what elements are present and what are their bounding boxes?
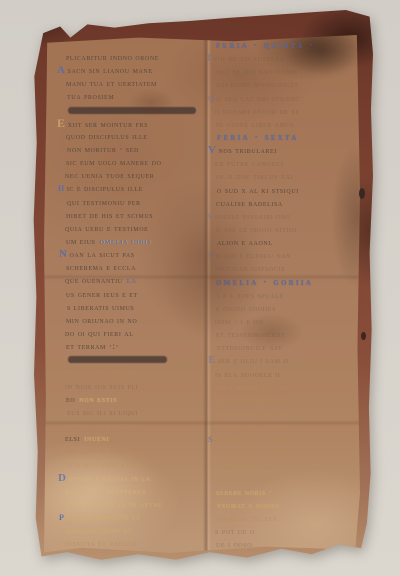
line-text: o stiempi excor de se <box>215 106 300 116</box>
line-text: o qui e eltouu nan <box>216 250 291 260</box>
text-line: is ela suooele ii <box>215 368 357 381</box>
text-line: suo se qui sanoluesi <box>216 65 358 78</box>
line-text: non moritur · sed <box>67 144 139 154</box>
line-text: nos tribularei <box>219 145 277 155</box>
oxidized-rubric-band <box>68 107 196 114</box>
line-text: omelia · goriia <box>216 277 313 288</box>
marginal-initial: I <box>207 52 212 65</box>
rubric-heading: feria · quinta · <box>216 39 358 52</box>
line-text: alion e aaonl <box>217 237 273 247</box>
line-text: eus sic ili si liqui <box>67 407 138 417</box>
marginal-initial: V <box>208 144 217 157</box>
marginal-initial: q <box>208 92 215 105</box>
manuscript-leaf: plicabitur indno oroneAsacn sin lianou m… <box>33 10 373 562</box>
line-text: oan la sicut pas <box>70 249 135 259</box>
text-line: qo seq lae hri uolunt <box>216 92 358 105</box>
text-line: oeso et lio aoiulea <box>215 420 357 433</box>
text-line: ettesuinuile ase <box>217 341 359 354</box>
text-line: sic eum uolo manere do <box>66 156 212 169</box>
edge-damage-nick <box>359 188 365 199</box>
line-text: s liberatis uimus <box>67 302 134 312</box>
text-column-right: feria · quinta ·Ipoi re ad aiisti iasuo … <box>216 39 358 551</box>
line-text: ex putre canouci <box>215 158 283 168</box>
edge-damage-nick <box>69 26 77 32</box>
line-text: elsi <box>65 433 80 443</box>
text-line: no qui e eltouu nan <box>216 249 358 262</box>
line-text: biis tuis · propterea <box>65 486 146 496</box>
text-line: o sud x al ki stsiqui <box>217 184 359 197</box>
line-text: suo se qui sanoluesi <box>216 66 298 76</box>
line-text: scherema e eccla <box>66 262 136 272</box>
inline-rubric: non estis <box>79 394 117 404</box>
line-text: ho b bienis no ole <box>216 382 288 392</box>
line-text: sois misca asiio <box>215 474 277 484</box>
line-text: ropter ueritate et <box>67 512 141 522</box>
text-line: o ani le isooo nitiio <box>216 223 358 236</box>
inline-rubric: omelia iohis <box>99 236 151 246</box>
line-text: o ani le isooo nitiio <box>216 224 297 234</box>
line-text: min oriunao in no <box>66 315 137 325</box>
line-text: oiposuis til ser <box>216 513 277 523</box>
line-text: iustitia et deduce <box>65 538 137 548</box>
line-text: oeso et lio aoiulea <box>215 421 293 431</box>
text-line: oosi · i e ioi <box>215 315 357 328</box>
text-line: ue i ooso <box>216 538 358 551</box>
text-line: mansuetudine et <box>66 524 212 537</box>
text-line: oiposuis til ser <box>216 512 358 525</box>
text-line: et terram ·:· <box>66 340 212 353</box>
text-line: que ouenantiula <box>65 274 211 287</box>
line-text: soiano ooo ole sie <box>215 434 289 444</box>
line-text: serua per electam <box>66 420 139 430</box>
marginal-initial: A <box>57 64 66 77</box>
line-text: iacer inei se unor <box>217 447 289 457</box>
text-line: ssoiano ooo ole sie <box>216 433 358 446</box>
text-line: Ipoi re ad aiisti ia <box>215 52 357 65</box>
text-line: s pot ue ii <box>215 525 357 538</box>
line-text: s pot ue ii <box>215 526 255 536</box>
line-text: plicabitur indno orone <box>66 52 159 62</box>
text-line: eus sic ili si liqui <box>67 406 213 419</box>
line-text: ettesuinuile ase <box>217 342 283 352</box>
line-text: ysumat a nosiia <box>217 500 280 510</box>
line-text: do oi qui fieri al <box>65 328 133 338</box>
text-line: tua prosiem <box>67 90 213 103</box>
marginal-initial: D <box>58 472 67 485</box>
photo-backdrop: plicabitur indno oroneAsacn sin lianou m… <box>0 0 400 576</box>
parchment-surface: plicabitur indno oroneAsacn sin lianou m… <box>44 35 360 555</box>
text-line: ex putre canouci <box>215 157 357 170</box>
text-line: elsiinueni <box>65 432 211 445</box>
text-line: cualise badelisa <box>216 197 358 210</box>
text-line: non moritur · sed <box>67 143 213 156</box>
marginal-initial: n <box>208 249 214 262</box>
line-text: se uione liber amos <box>216 119 294 129</box>
line-text: in noie ius suis pli <box>65 381 138 391</box>
line-text: um eius <box>66 236 95 246</box>
rubric-heading: omelia · goriia <box>216 276 358 289</box>
line-text: sem donec isce ui <box>216 461 285 471</box>
line-text: lex ii le teseriou i <box>217 395 292 405</box>
line-text: o sud x al ki stsiqui <box>217 185 299 195</box>
text-line: benedixit te ds in aetnu <box>66 498 212 511</box>
line-text: sacn sin lianou mane <box>68 65 153 75</box>
line-text: sic eum uolo manere do <box>66 157 162 167</box>
text-line: hic e discipulus ille <box>66 182 212 195</box>
text-line: in noie ius suis pli <box>65 380 211 393</box>
line-text: poi re ad aiisti ia <box>214 53 284 63</box>
line-text: et terram ·:· <box>66 341 119 351</box>
line-text: nec uenia tuoe sequer <box>65 170 154 180</box>
line-text: feria · quinta · <box>216 40 315 51</box>
text-line: sco meo unxi eum <box>67 458 213 471</box>
text-line: qui testimoniu per <box>67 196 213 209</box>
line-text: eo <box>66 394 75 404</box>
text-line: eonon estis <box>66 393 212 406</box>
marginal-initial: E <box>57 117 66 130</box>
text-line: serua per electam <box>66 419 212 432</box>
line-text: sco meo unxi eum <box>67 459 137 469</box>
line-text: esi eiure mansuescit <box>217 79 299 89</box>
line-text: e oioiio siioiies <box>216 303 276 313</box>
manuscript-leaf-shadow: plicabitur indno oroneAsacn sin lianou m… <box>0 0 400 576</box>
text-line: oe ii dne tircus xxi <box>216 170 358 183</box>
inline-rubric: inueni <box>84 433 109 443</box>
line-text: hibet de his et scimus <box>66 210 153 220</box>
text-line: manu tua et uertiatem <box>66 77 212 90</box>
line-text: ue i ooso <box>216 539 252 549</box>
line-text: ic e discipulus ille <box>67 183 143 193</box>
text-line: inbasia tioolioioe <box>216 407 358 420</box>
text-line: iustitia et deduce <box>65 537 211 550</box>
text-line: hibet de his et scimus <box>66 209 212 222</box>
text-line: biis tuis · propterea <box>65 485 211 498</box>
line-text: iffusa e gratia in la <box>69 473 151 483</box>
line-text: quod discipulus ille <box>66 131 148 141</box>
text-line: um eiusomelia iohis <box>66 235 212 248</box>
text-line: Noan la sicut pas <box>67 248 213 261</box>
line-text: oe ii dne tircus xxi <box>216 171 293 181</box>
text-line: iacer inei se unor <box>217 446 359 459</box>
text-line: do oi qui fieri al <box>65 327 211 340</box>
text-line: sois misca asiio <box>215 473 357 486</box>
text-line: e oioiio siioiies <box>216 302 358 315</box>
text-line: Eser e oliu i sam il <box>216 354 358 367</box>
text-line: frater nos magnus <box>66 366 212 379</box>
line-text: i x l eoes spuale <box>217 290 284 300</box>
line-text: feria · sexta <box>217 132 299 143</box>
text-line: se uione liber amos <box>216 118 358 131</box>
text-line: sem donec isce ui <box>216 460 358 473</box>
line-text: manu tua et uertiatem <box>66 78 157 88</box>
text-line: nec uenia tuoe sequer <box>65 169 211 182</box>
text-line: Vnos tribularei <box>216 144 358 157</box>
marginal-initial: s <box>207 210 212 223</box>
text-line: i x l eoes spuale <box>217 289 359 302</box>
text-line: quod discipulus ille <box>66 130 212 143</box>
line-text: mansuetudine et <box>66 525 132 535</box>
line-text: frater nos magnus <box>66 367 141 377</box>
text-line: et tesoiniroieriit <box>216 328 358 341</box>
marginal-initial: E <box>208 354 216 367</box>
text-line: Diffusa e gratia in la <box>66 472 212 485</box>
text-line: Exiit ser mointur frs <box>65 117 211 130</box>
marginal-initial: N <box>59 248 68 261</box>
text-line: plicabitur indno orone <box>66 51 212 64</box>
line-text: et tesoiniroieriit <box>216 329 285 339</box>
text-line: ysumat a nosiia <box>217 499 359 512</box>
text-line: us gener ieus e et <box>66 288 212 301</box>
marginal-initial: s <box>208 433 213 446</box>
text-line: alion e aaonl <box>217 236 359 249</box>
line-text: dd seruum meu oleo <box>66 446 147 456</box>
line-text: benedixit te ds in aetnu <box>66 499 163 509</box>
line-text: oosi · i e ioi <box>215 316 263 326</box>
line-text: qui testimoniu per <box>67 197 141 207</box>
marginal-initial: h <box>58 182 65 195</box>
text-line: scherema e eccla <box>66 261 212 274</box>
text-line: quia ueru e testimoe <box>65 222 211 235</box>
line-text: xiit ser mointur frs <box>68 119 148 129</box>
marginal-initial: p <box>59 511 65 524</box>
text-line: propter ueritate et <box>67 511 213 524</box>
text-line: saouile espleiri ono <box>215 210 357 223</box>
text-line: serere nobis · <box>216 486 358 499</box>
line-text: is ela suooele ii <box>215 369 280 379</box>
line-text: que ouenantiu <box>65 275 123 285</box>
text-line: ho b bienis no ole <box>216 381 358 394</box>
line-text: inbasia tioolioioe <box>216 408 288 418</box>
line-text: aouile espleiri ono <box>214 211 291 221</box>
line-text: us gener ieus e et <box>66 289 138 299</box>
text-column-left: plicabitur indno oroneAsacn sin lianou m… <box>66 51 212 550</box>
line-text: quia ueru e testimoe <box>65 223 148 233</box>
text-line: min oriunao in no <box>66 314 212 327</box>
line-text: ser e oliu i sam il <box>218 355 290 365</box>
line-text: cualise badelisa <box>216 198 283 208</box>
text-line: esi eiure mansuescit <box>217 78 359 91</box>
text-line: o stiempi excor de se <box>215 105 357 118</box>
text-line: dd seruum meu oleo <box>66 445 212 458</box>
inline-rubric: la <box>127 275 137 285</box>
line-text: o seq lae hri uolunt <box>217 93 300 103</box>
line-text: serere nobis · <box>216 487 272 497</box>
text-line: s liberatis uimus <box>67 301 213 314</box>
oxidized-rubric-band <box>68 356 167 363</box>
line-text: niucilae iuipsocie <box>215 263 285 273</box>
line-text: tua prosiem <box>67 91 114 101</box>
edge-damage-nick <box>361 332 366 340</box>
text-line: Asacn sin lianou mane <box>65 64 211 77</box>
text-line: niucilae iuipsocie <box>215 262 357 275</box>
text-line: lex ii le teseriou i <box>217 394 359 407</box>
rubric-heading: feria · sexta <box>217 131 359 144</box>
